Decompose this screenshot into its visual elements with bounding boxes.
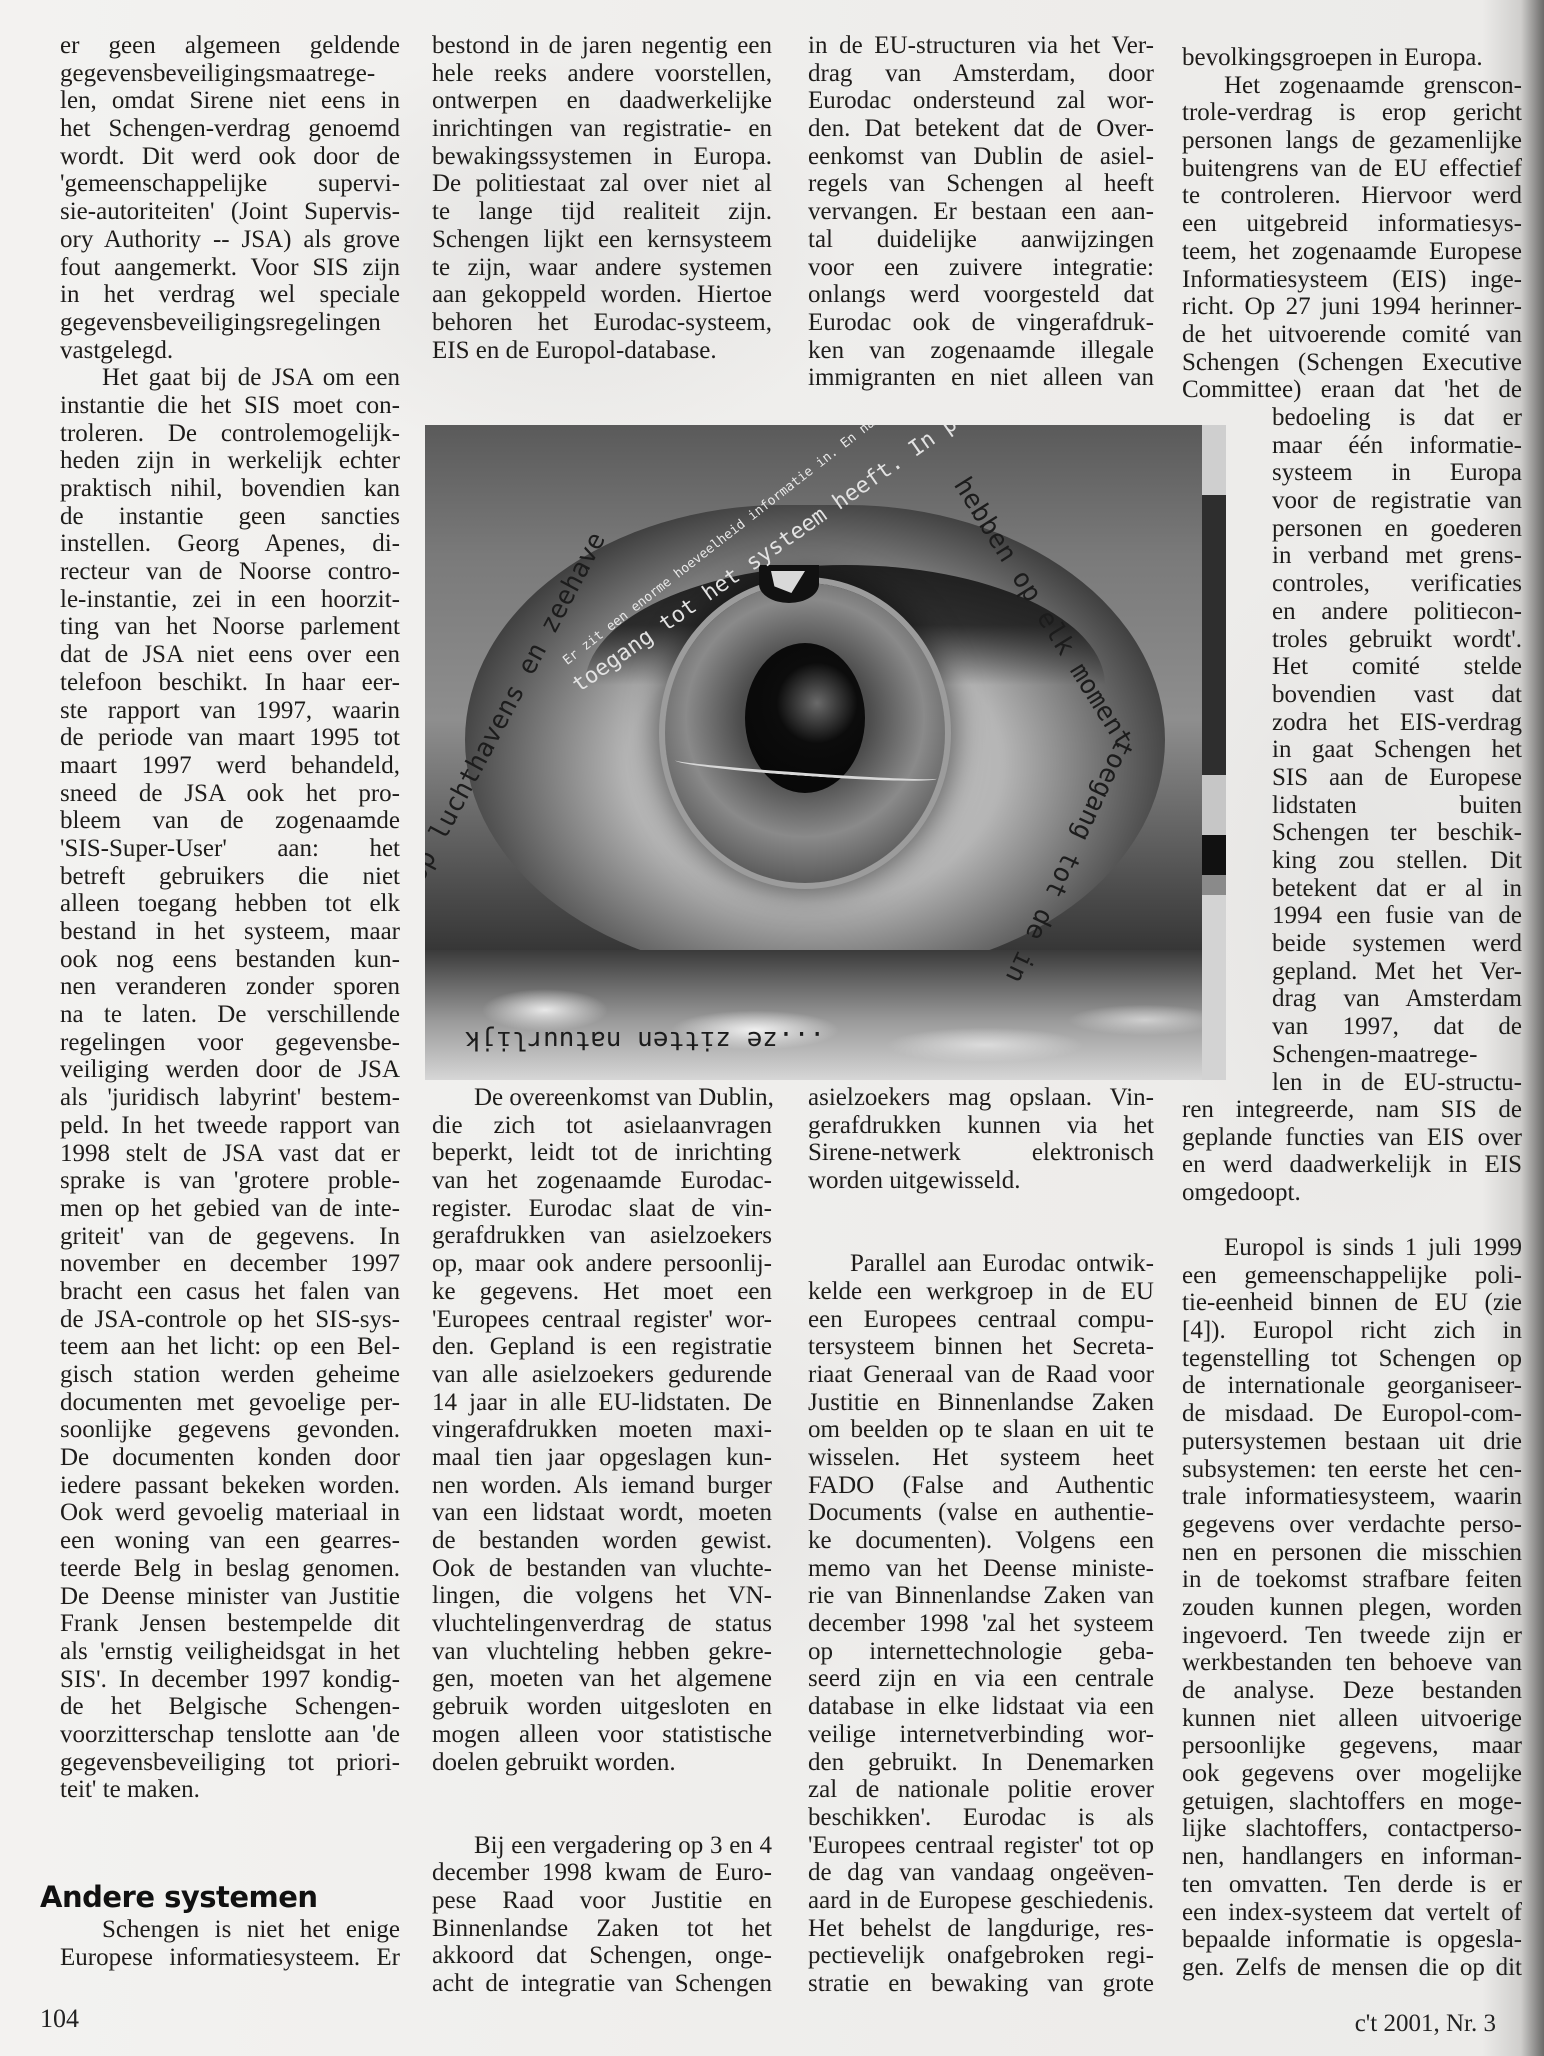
text-line: bevolkingsgroepen in Europa.	[1182, 44, 1522, 72]
text-line: een gemeenschappelijke poli-	[1182, 1262, 1522, 1290]
text-line: sprake is van 'grotere proble-	[60, 1167, 400, 1195]
text-line: voor de registratie van	[1272, 487, 1522, 515]
text-line: getuigen, slachtoffers en moge-	[1182, 1788, 1522, 1816]
text-line: in de EU-structuren via het Ver-	[808, 32, 1154, 60]
text-line: te lange tijd realiteit zijn.	[432, 198, 772, 226]
text-line: alleen toegang hebben tot elk	[60, 890, 400, 918]
text-line: doelen gebruikt worden.	[432, 1749, 772, 1777]
text-line: ook nog eens bestanden kun-	[60, 946, 400, 974]
text-line: de periode van maart 1995 tot	[60, 724, 400, 752]
text-line: trale informatiesysteem, waarin	[1182, 1483, 1522, 1511]
text-line: december 1998 'zal het systeem	[808, 1610, 1154, 1638]
text-line: telefoon beschikt. In haar eer-	[60, 669, 400, 697]
text-line: en werd daadwerkelijk in EIS	[1182, 1151, 1522, 1179]
text-line: om beelden op te slaan en uit te	[808, 1416, 1154, 1444]
text-line: de JSA-controle op het SIS-sys-	[60, 1306, 400, 1334]
text-line: bracht een casus het falen van	[60, 1278, 400, 1306]
text-line: beide systemen werd	[1272, 930, 1522, 958]
text-line: pectievelijk onafgebroken regi-	[808, 1942, 1154, 1970]
text-line: sie-autoriteiten' (Joint Supervis-	[60, 198, 400, 226]
text-line: tie-eenheid binnen de EU (zie	[1182, 1289, 1522, 1317]
text-line: richt. Op 27 juni 1994 herinner-	[1182, 293, 1522, 321]
text-line: asielzoekers mag opslaan. Vin-	[808, 1084, 1154, 1112]
text-line: wisselen. Het systeem heet	[808, 1444, 1154, 1472]
text-line: in gaat Schengen het	[1272, 736, 1522, 764]
text-line: personen langs de gezamenlijke	[1182, 127, 1522, 155]
text-line: vluchtelingenverdrag de status	[432, 1610, 772, 1638]
text-line: na te laten. De verschillende	[60, 1001, 400, 1029]
text-line: len, omdat Sirene niet eens in	[60, 87, 400, 115]
text-line: sneed de JSA ook het pro-	[60, 780, 400, 808]
text-line: de het Belgische Schengen-	[60, 1693, 400, 1721]
text-line: tersysteem binnen het Secreta-	[808, 1333, 1154, 1361]
text-line: te controleren. Hiervoor werd	[1182, 182, 1522, 210]
text-line: riaat Generaal van de Raad voor	[808, 1361, 1154, 1389]
text-line: instantie die het SIS moet con-	[60, 392, 400, 420]
text-line: peld. In het tweede rapport van	[60, 1112, 400, 1140]
text-line: Schengen lijkt een kernsysteem	[432, 226, 772, 254]
column-4-narrow-wrap: bedoeling is dat ermaar één informatie-s…	[1272, 404, 1522, 1096]
text-line: gepland. Met het Ver-	[1272, 958, 1522, 986]
text-line: veiliging werden door de JSA	[60, 1056, 400, 1084]
text-line: zodra het EIS-verdrag	[1272, 709, 1522, 737]
text-line: zouden kunnen plegen, worden	[1182, 1594, 1522, 1622]
text-line: nen, handlangers en informan-	[1182, 1843, 1522, 1871]
text-line: teerde Belg in beslag genomen.	[60, 1555, 400, 1583]
text-line: voor een zuivere integratie:	[808, 254, 1154, 282]
text-line: gisch station werden geheime	[60, 1361, 400, 1389]
column-4-top: bevolkingsgroepen in Europa.Het zogenaam…	[1182, 44, 1522, 404]
column-2-top: bestond in de jaren negentig eenhele ree…	[432, 32, 772, 364]
text-line: en andere politiecon-	[1272, 598, 1522, 626]
text-line: als 'juridisch labyrint' bestem-	[60, 1084, 400, 1112]
text-line: december 1998 kwam de Euro-	[432, 1859, 772, 1887]
column-4-continued: ren integreerde, nam SIS degeplande func…	[1182, 1096, 1522, 1207]
text-line: vingerafdrukken moeten maxi-	[432, 1416, 772, 1444]
iris-notch-shape	[759, 565, 819, 603]
text-line: subsystemen: ten eerste het cen-	[1182, 1456, 1522, 1484]
text-line: van vluchteling hebben gekre-	[432, 1638, 772, 1666]
text-line: SIS'. In december 1997 kondig-	[60, 1666, 400, 1694]
clouds-band	[425, 950, 1226, 1080]
text-line: Committee) eraan dat 'het de	[1182, 376, 1522, 404]
text-line: behoren het Eurodac-systeem,	[432, 309, 772, 337]
text-line: aan gekoppeld worden. Hiertoe	[432, 281, 772, 309]
text-line: vastgelegd.	[60, 337, 400, 365]
text-line: Documents (valse en authentie-	[808, 1499, 1154, 1527]
text-line: iedere passant bekeken worden.	[60, 1472, 400, 1500]
text-line: hele reeks andere voorstellen,	[432, 60, 772, 88]
text-line: drag van Amsterdam, door	[808, 60, 1154, 88]
text-line: 1998 stelt de JSA vast dat er	[60, 1140, 400, 1168]
text-line: den gebruikt. In Denemarken	[808, 1749, 1154, 1777]
text-line: maal tien jaar opgeslagen kun-	[432, 1444, 772, 1472]
text-line: te zijn, waar andere systemen	[432, 254, 772, 282]
text-line: heden zijn in werkelijk echter	[60, 447, 400, 475]
text-line: regels van Schengen al heeft	[808, 170, 1154, 198]
text-line: die zich tot asielaanvragen	[432, 1112, 772, 1140]
text-line: ren integreerde, nam SIS de	[1182, 1096, 1522, 1124]
text-line: troleren. De controlemogelijk-	[60, 420, 400, 448]
text-line: aard in de Europese geschiedenis.	[808, 1887, 1154, 1915]
section-heading: Andere systemen	[40, 1880, 318, 1914]
text-line: Het behelst de langdurige, res-	[808, 1915, 1154, 1943]
column-1-after-heading: Schengen is niet het enigeEuropese infor…	[60, 1916, 400, 1971]
text-line: een uitgebreid informatiesys-	[1182, 210, 1522, 238]
text-line: van het zogenaamde Eurodac-	[432, 1167, 772, 1195]
text-line: De overeenkomst van Dublin,	[432, 1084, 772, 1112]
text-line: er geen algemeen geldende	[60, 32, 400, 60]
text-line: ke gegevens. Het moet een	[432, 1278, 772, 1306]
text-line: voorzitterschap tenslotte aan 'de	[60, 1721, 400, 1749]
text-line: de het uitvoerende comité van	[1182, 321, 1522, 349]
text-line: 'SIS-Super-User' aan: het	[60, 835, 400, 863]
text-line: Parallel aan Eurodac ontwik-	[808, 1250, 1154, 1278]
text-line: de dag van vandaag ongeëven-	[808, 1859, 1154, 1887]
text-line: 'Europees centraal register' wor-	[432, 1306, 772, 1334]
text-line: bestand in het systeem, maar	[60, 918, 400, 946]
text-line: seerd zijn en via een centrale	[808, 1665, 1154, 1693]
text-line: maar één informatie-	[1272, 432, 1522, 460]
text-line: Bij een vergadering op 3 en 4	[432, 1832, 772, 1860]
paragraph-gap	[808, 1195, 1154, 1223]
text-line: rie van Binnenlandse Zaken van	[808, 1582, 1154, 1610]
text-line: gerafdrukken kunnen via het	[808, 1112, 1154, 1140]
paragraph-gap	[432, 1776, 772, 1804]
text-line: november en december 1997	[60, 1250, 400, 1278]
text-line: persoonlijke gegevens, maar	[1182, 1732, 1522, 1760]
text-line: 'gemeenschappelijke supervi-	[60, 170, 400, 198]
text-line: inrichtingen van registratie- en	[432, 115, 772, 143]
text-line: Het comité stelde	[1272, 653, 1522, 681]
text-line: Schengen ter beschik-	[1272, 819, 1522, 847]
color-strip-black	[1202, 835, 1226, 875]
text-line: mogen alleen voor statistische	[432, 1721, 772, 1749]
text-line: FADO (False and Authentic	[808, 1472, 1154, 1500]
text-line: putersystemen bestaan uit drie	[1182, 1428, 1522, 1456]
text-line: betekent dat er al in	[1272, 875, 1522, 903]
text-line: gerafdrukken van asielzoekers	[432, 1222, 772, 1250]
text-line: De politiestaat zal over niet al	[432, 170, 772, 198]
text-line: instellen. Georg Apenes, di-	[60, 530, 400, 558]
text-line: Ook werd gevoelig materiaal in	[60, 1499, 400, 1527]
text-line: teit' te maken.	[60, 1776, 400, 1804]
text-line: lijke slachtoffers, contactperso-	[1182, 1815, 1522, 1843]
text-line: in de toekomst strafbare feiten	[1182, 1566, 1522, 1594]
text-line: teem, het zogenaamde Europese	[1182, 238, 1522, 266]
text-line: len in de EU-structu-	[1272, 1069, 1522, 1097]
text-line: ting van het Noorse parlement	[60, 613, 400, 641]
text-line: De Deense minister van Justitie	[60, 1583, 400, 1611]
text-line: geplande functies van EIS over	[1182, 1124, 1522, 1152]
text-line: bepaalde informatie is opgesla-	[1182, 1926, 1522, 1954]
text-line: van alle asielzoekers gedurende	[432, 1361, 772, 1389]
text-line: Schengen-maatrege-	[1272, 1041, 1522, 1069]
text-line: op internettechnologie geba-	[808, 1638, 1154, 1666]
text-line: betreft gebruikers die niet	[60, 863, 400, 891]
text-line: in verband met grens-	[1272, 542, 1522, 570]
text-line: praktisch nihil, bovendien kan	[60, 475, 400, 503]
text-line: bedoeling is dat er	[1272, 404, 1522, 432]
text-line: gegevensbeveiligingsregelingen	[60, 309, 400, 337]
column-4-bottom: Europol is sinds 1 juli 1999een gemeensc…	[1182, 1234, 1522, 1982]
text-line: Europol is sinds 1 juli 1999	[1182, 1234, 1522, 1262]
text-line: trole-verdrag is erop gericht	[1182, 99, 1522, 127]
text-line: ook gegevens over mogelijke	[1182, 1760, 1522, 1788]
text-line: eenkomst van Dublin de asiel-	[808, 143, 1154, 171]
text-line: acht de integratie van Schengen	[432, 1970, 772, 1998]
text-line: gegevens over verdachte perso-	[1182, 1511, 1522, 1539]
text-line: griteit' van de gegevens. In	[60, 1223, 400, 1251]
text-line: De documenten konden door	[60, 1444, 400, 1472]
text-line: nen worden. Als iemand burger	[432, 1472, 772, 1500]
text-line: onlangs werd voorgesteld dat	[808, 281, 1154, 309]
text-line: worden uitgewisseld.	[808, 1167, 1154, 1195]
text-line: van een lidstaat wordt, moeten	[432, 1499, 772, 1527]
text-line: gebruik worden uitgesloten en	[432, 1693, 772, 1721]
text-line: memo van het Deense ministe-	[808, 1555, 1154, 1583]
text-line: Europese informatiesysteem. Er	[60, 1944, 400, 1972]
text-line: de internationale georganiseer-	[1182, 1372, 1522, 1400]
text-line: Schengen (Schengen Executive	[1182, 349, 1522, 377]
text-line: ory Authority -- JSA) als grove	[60, 226, 400, 254]
column-2-bottom: De overeenkomst van Dublin,die zich tot …	[432, 1084, 772, 1998]
text-line: beperkt, leidt tot de inrichting	[432, 1139, 772, 1167]
text-line: controles, verificaties	[1272, 570, 1522, 598]
page-number: 104	[40, 2004, 79, 2034]
text-line: teem aan het licht: op een Bel-	[60, 1333, 400, 1361]
text-line: ingevoerd. Ten tweede zijn er	[1182, 1622, 1522, 1650]
text-line: drag van Amsterdam	[1272, 985, 1522, 1013]
text-line: EIS en de Europol-database.	[432, 337, 772, 365]
text-line: kunnen niet alleen uitvoerige	[1182, 1705, 1522, 1733]
text-line: men op het gebied van de inte-	[60, 1195, 400, 1223]
text-line: pese Raad voor Justitie en	[432, 1887, 772, 1915]
column-3-top: in de EU-structuren via het Ver-drag van…	[808, 32, 1154, 392]
text-line: king zou stellen. Dit	[1272, 847, 1522, 875]
publication-footer: c't 2001, Nr. 3	[1355, 2010, 1496, 2038]
text-line: tegenstelling tot Schengen op	[1182, 1345, 1522, 1373]
text-line: register. Eurodac slaat de vin-	[432, 1195, 772, 1223]
text-line: een woning van een gearres-	[60, 1527, 400, 1555]
text-line: Frank Jensen bestempelde dit	[60, 1610, 400, 1638]
text-line: SIS aan de Europese	[1272, 764, 1522, 792]
text-line: de analyse. Deze bestanden	[1182, 1677, 1522, 1705]
text-line: immigranten en niet alleen van	[808, 364, 1154, 392]
text-line: als 'ernstig veiligheidsgat in het	[60, 1638, 400, 1666]
text-line: Eurodac ook de vingerafdruk-	[808, 309, 1154, 337]
text-line: van 1997, dat de	[1272, 1013, 1522, 1041]
text-line: troles gebruikt wordt'.	[1272, 626, 1522, 654]
column-3-bottom: asielzoekers mag opslaan. Vin-gerafdrukk…	[808, 1084, 1154, 1998]
text-line: Sirene-netwerk elektronisch	[808, 1139, 1154, 1167]
text-line: wordt. Dit werd ook door de	[60, 143, 400, 171]
text-line: systeem in Europa	[1272, 459, 1522, 487]
text-line: le-instantie, zei in een hoorzit-	[60, 586, 400, 614]
text-line: stratie en bewaking van grote	[808, 1970, 1154, 1998]
color-strip-pale	[1202, 895, 1226, 1080]
text-line: het Schengen-verdrag genoemd	[60, 115, 400, 143]
text-line: ke documenten). Volgens een	[808, 1527, 1154, 1555]
text-line: maart 1997 werd behandeld,	[60, 752, 400, 780]
text-line: Ook de bestanden van vluchte-	[432, 1555, 772, 1583]
paragraph-gap	[432, 1804, 772, 1832]
text-line: [4]). Europol richt zich in	[1182, 1317, 1522, 1345]
text-line: Schengen is niet het enige	[60, 1916, 400, 1944]
text-line: bleem van de zogenaamde	[60, 807, 400, 835]
text-line: kelde een werkgroep in de EU	[808, 1278, 1154, 1306]
eye-illustration: op luchthavens en zeehave hebben op elk …	[425, 425, 1226, 1080]
text-line: Informatiesysteem (EIS) inge-	[1182, 266, 1522, 294]
text-line: omgedoopt.	[1182, 1179, 1522, 1207]
text-line: nen en personen die misschien	[1182, 1539, 1522, 1567]
text-line: de bestanden worden gewist.	[432, 1527, 772, 1555]
text-line: buitengrens van de EU effectief	[1182, 155, 1522, 183]
column-1: er geen algemeen geldendegegevensbeveili…	[60, 32, 400, 1804]
ring-text-bottom: ...ze zitten natuurlijk	[465, 1025, 825, 1055]
text-line: ten omvatten. Ten derde is er	[1182, 1871, 1522, 1899]
color-strip-grey	[1202, 775, 1226, 835]
text-line: Justitie en Binnenlandse Zaken	[808, 1389, 1154, 1417]
text-line: fout aangemerkt. Voor SIS zijn	[60, 254, 400, 282]
text-line: bestond in de jaren negentig een	[432, 32, 772, 60]
text-line: recteur van de Noorse contro-	[60, 558, 400, 586]
text-line: soonlijke gegevens gevonden.	[60, 1416, 400, 1444]
text-line: 14 jaar in alle EU-lidstaten. De	[432, 1389, 772, 1417]
text-line: ste rapport van 1997, waarin	[60, 697, 400, 725]
paragraph-gap	[808, 1222, 1154, 1250]
text-line: database in elke lidstaat via een	[808, 1693, 1154, 1721]
text-line: tal duidelijke aanwijzingen	[808, 226, 1154, 254]
color-strip-mid	[1202, 875, 1226, 895]
text-line: lidstaten buiten	[1272, 792, 1522, 820]
text-line: gen, moeten van het algemene	[432, 1665, 772, 1693]
text-line: den. Gepland is een registratie	[432, 1333, 772, 1361]
text-line: regelingen voor gegevensbe-	[60, 1029, 400, 1057]
text-line: Het gaat bij de JSA om een	[60, 364, 400, 392]
text-line: lingen, die volgens het VN-	[432, 1582, 772, 1610]
text-line: personen en goederen	[1272, 515, 1522, 543]
text-line: bovendien vast dat	[1272, 681, 1522, 709]
text-line: veilige internetverbinding wor-	[808, 1721, 1154, 1749]
text-line: Eurodac ondersteund zal wor-	[808, 87, 1154, 115]
text-line: een Europees centraal compu-	[808, 1306, 1154, 1334]
text-line: gegevensbeveiliging tot priori-	[60, 1749, 400, 1777]
text-line: documenten met gevoelige per-	[60, 1389, 400, 1417]
text-line: de instantie geen sancties	[60, 503, 400, 531]
text-line: zal de nationale politie erover	[808, 1776, 1154, 1804]
text-line: bewakingssystemen in Europa.	[432, 143, 772, 171]
text-line: op, maar ook andere persoonlij-	[432, 1250, 772, 1278]
text-line: de misdaad. De Europol-com-	[1182, 1400, 1522, 1428]
text-line: Binnenlandse Zaken tot het	[432, 1915, 772, 1943]
text-line: gegevensbeveiligingsmaatrege-	[60, 60, 400, 88]
text-line: vervangen. Er bestaan een aan-	[808, 198, 1154, 226]
text-line: den. Dat betekent dat de Over-	[808, 115, 1154, 143]
text-line: dat de JSA niet eens over een	[60, 641, 400, 669]
color-strip-light	[1202, 425, 1226, 495]
color-strip-dark	[1202, 495, 1226, 775]
text-line: nen veranderen zonder sporen	[60, 973, 400, 1001]
text-line: ontwerpen en daadwerkelijke	[432, 87, 772, 115]
text-line: gen. Zelfs de mensen die op dit	[1182, 1954, 1522, 1982]
text-line: Het zogenaamde grenscon-	[1182, 72, 1522, 100]
text-line: in het verdrag wel speciale	[60, 281, 400, 309]
text-line: werkbestanden ten behoeve van	[1182, 1649, 1522, 1677]
text-line: 1994 een fusie van de	[1272, 902, 1522, 930]
text-line: akkoord dat Schengen, onge-	[432, 1942, 772, 1970]
text-line: beschikken'. Eurodac is als	[808, 1804, 1154, 1832]
text-line: 'Europees centraal register' tot op	[808, 1832, 1154, 1860]
text-line: een index-systeem dat vertelt of	[1182, 1899, 1522, 1927]
text-line: ken van zogenaamde illegale	[808, 337, 1154, 365]
